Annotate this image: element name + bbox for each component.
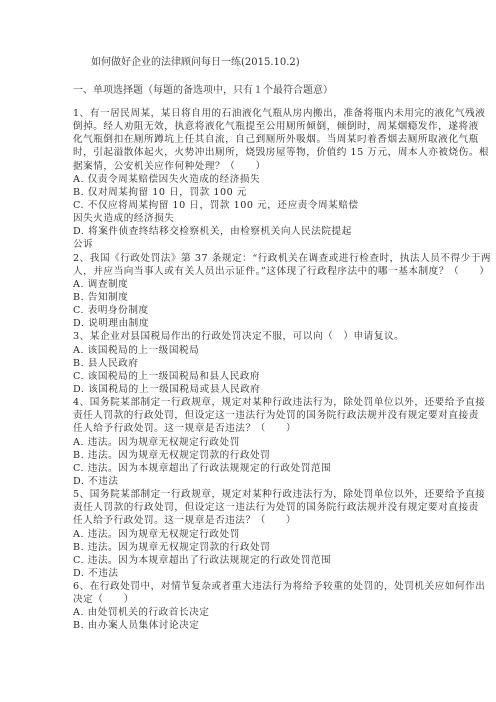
- question-2-option-a: A. 调查制度: [73, 278, 425, 291]
- document-page: 如何做好企业的法律顾问每日一练(2015.10.2) 一、单项选择题（每题的备选…: [0, 0, 496, 702]
- question-4-text: 责任人罚款的行政处罚，但设定这一违法行为处罚的国务院行政法规并没有规定要对直接责: [73, 409, 425, 422]
- question-4-text: 任人给予行政处罚。这一规章是否违法？（ ）: [73, 422, 425, 435]
- question-2-option-b: B. 告知制度: [73, 291, 425, 304]
- question-3-option-d: D. 该国税局的上一级国税局或县人民政府: [73, 383, 425, 396]
- question-2-option-d: D. 说明理由制度: [73, 317, 425, 330]
- question-6-option-b: B. 由办案人员集体讨论决定: [73, 619, 425, 632]
- question-2-text: 2、我国《行政处罚法》第 37 条规定：“行政机关在调查或进行检查时，执法人员不…: [73, 252, 425, 265]
- question-1-text: 时，引起溢散体起火，火势冲出厕所，烧毁房屋等物，价值约 15 万元，周本人亦被烧…: [73, 146, 425, 159]
- question-6-text: 决定（ ）: [73, 593, 425, 606]
- question-1-option-c: C. 不仅应将周某拘留 10 日，罚款 100 元，还应责令周某赔偿: [73, 199, 425, 212]
- question-1-text: 化气瓶倒扣在厕所蹲坑上任其自流，自己到厕所外吸烟。当周某叼着香烟去厕所取液化气瓶: [73, 133, 425, 146]
- question-5-option-a: A. 违法。因为规章无权规定行政处罚: [73, 528, 425, 541]
- question-4-text: 4、国务院某部制定一行政规章，规定对某种行政违法行为，除处罚单位以外，还要给予直…: [73, 396, 425, 409]
- question-1-option-d: 公诉: [73, 238, 425, 251]
- question-1-text: 倒掉。经人劝阻无效，执意将液化气瓶提至公用厕所倾倒，倾倒时，周某烟瘾发作，遂将液: [73, 120, 425, 133]
- question-2-option-c: C. 表明身份制度: [73, 304, 425, 317]
- question-6-text: 6、在行政处罚中，对情节复杂或者重大违法行为将给予较重的处罚的，处罚机关应如何作…: [73, 580, 425, 593]
- question-1-text: 1、有一居民周某，某日将自用的石油液化气瓶从房内搬出，准备将瓶内未用完的液化气残…: [73, 107, 425, 120]
- question-4-option-a: A. 违法。因为规章无权规定行政处罚: [73, 436, 425, 449]
- question-1-text: 据案情，公安机关应作何种处理？（ ）: [73, 160, 425, 173]
- section-heading: 一、单项选择题（每题的备选项中，只有１个最符合题意）: [73, 84, 333, 97]
- question-3-option-a: A. 该国税局的上一级国税局: [73, 344, 425, 357]
- question-3-option-b: B. 县人民政府: [73, 357, 425, 370]
- question-4-option-d: D. 不违法: [73, 475, 425, 488]
- question-6-option-a: A. 由处罚机关的行政首长决定: [73, 606, 425, 619]
- question-1-option-d: D. 将案件侦查终结移交检察机关，由检察机关向人民法院提起: [73, 225, 425, 238]
- question-5-text: 5、国务院某部制定一行政规章，规定对某种行政违法行为，除处罚单位以外，还要给予直…: [73, 488, 425, 501]
- question-1-option-c: 因失火造成的经济损失: [73, 212, 425, 225]
- question-5-option-d: D. 不违法: [73, 567, 425, 580]
- question-5-text: 任人给予行政处罚。这一规章是否违法？（ ）: [73, 514, 425, 527]
- document-body: 1、有一居民周某，某日将自用的石油液化气瓶从房内搬出，准备将瓶内未用完的液化气残…: [73, 107, 425, 633]
- question-4-option-b: B. 违法。因为规章无权规定罚款的行政处罚: [73, 449, 425, 462]
- question-5-text: 责任人罚款的行政处罚，但设定这一违法行为处罚的国务院行政法规并没有规定要对直接责: [73, 501, 425, 514]
- document-title: 如何做好企业的法律顾问每日一练(2015.10.2): [91, 56, 300, 69]
- question-4-option-c: C. 违法。因为本规章超出了行政法规规定的行政处罚范围: [73, 462, 425, 475]
- question-1-option-b: B. 仅对周某拘留 10 日，罚款 100 元: [73, 186, 425, 199]
- question-3-text: 3、某企业对县国税局作出的行政处罚决定不服，可以向（ ）申请复议。: [73, 330, 425, 343]
- question-5-option-c: C. 违法。因为本规章超出了行政法规规定的行政处罚范围: [73, 554, 425, 567]
- question-3-option-c: C. 该国税局的上一级国税局和县人民政府: [73, 370, 425, 383]
- question-1-option-a: A. 仅责令周某赔偿因失火造成的经济损失: [73, 173, 425, 186]
- question-2-text: 人，并应当向当事人或有关人员出示证件。”这体现了行政程序法中的哪一基本制度？（ …: [73, 265, 425, 278]
- question-5-option-b: B. 违法。因为规章无权规定罚款的行政处罚: [73, 541, 425, 554]
